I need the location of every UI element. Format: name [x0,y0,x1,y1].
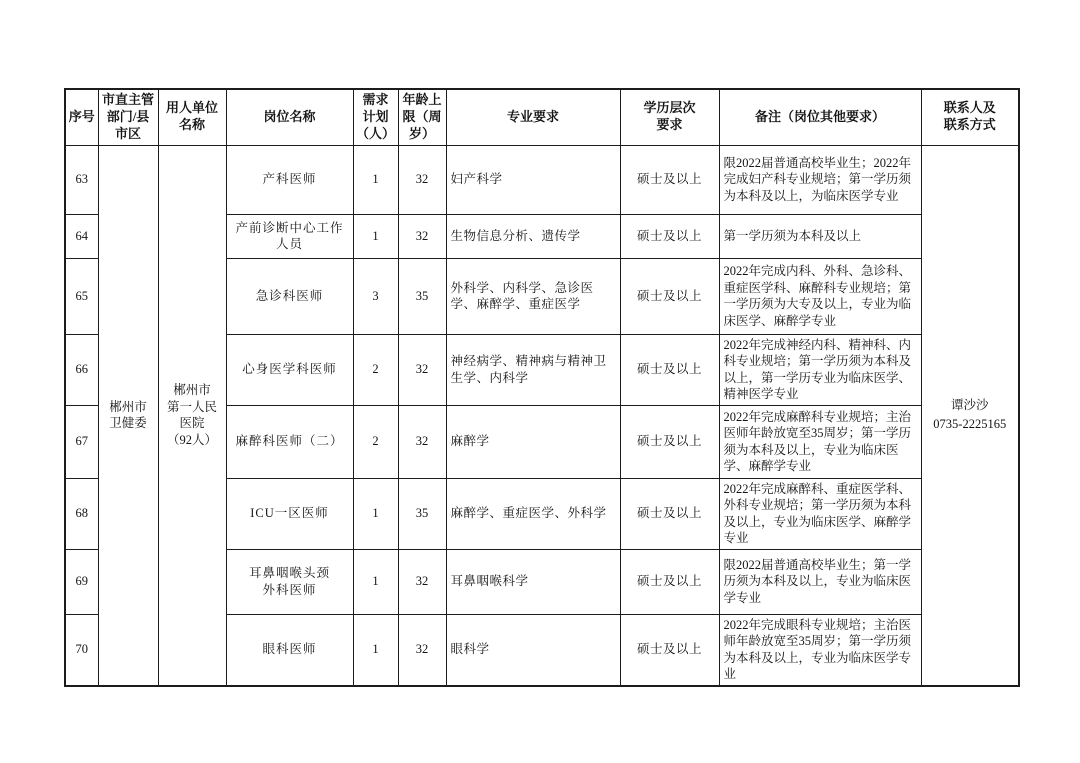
employer-cell: 郴州市 第一人民 医院 （92人） [158,145,226,686]
table-row: 63 郴州市 卫健委 郴州市 第一人民 医院 （92人） 产科医师 1 32 妇… [65,145,1019,214]
degree-cell: 硕士及以上 [620,614,719,686]
major-cell: 生物信息分析、遗传学 [446,214,620,258]
position-cell: 心身医学科医师 [226,334,353,405]
position-cell: 麻醉科医师（二） [226,405,353,478]
contact-cell: 谭沙沙 0735-2225165 [921,145,1019,686]
degree-cell: 硕士及以上 [620,334,719,405]
age-cell: 32 [398,145,446,214]
remark-cell: 限2022届普通高校毕业生；2022年完成妇产科专业规培；第一学历须为本科及以上… [719,145,921,214]
serial-cell: 65 [65,258,98,334]
position-cell: 耳鼻咽喉头颈 外科医师 [226,549,353,614]
serial-cell: 66 [65,334,98,405]
serial-cell: 69 [65,549,98,614]
degree-cell: 硕士及以上 [620,258,719,334]
serial-cell: 68 [65,478,98,549]
plan-cell: 2 [353,334,398,405]
plan-cell: 3 [353,258,398,334]
col-header-employer: 用人单位 名称 [158,89,226,145]
position-cell: 急诊科医师 [226,258,353,334]
remark-cell: 第一学历须为本科及以上 [719,214,921,258]
plan-cell: 1 [353,214,398,258]
remark-cell: 2022年完成麻醉科专业规培；主治医师年龄放宽至35周岁；第一学历须为本科及以上… [719,405,921,478]
position-cell: ICU一区医师 [226,478,353,549]
contact-phone: 0735-2225165 [926,415,1015,434]
position-cell: 产前诊断中心工作 人员 [226,214,353,258]
serial-cell: 70 [65,614,98,686]
department-cell: 郴州市 卫健委 [98,145,158,686]
major-cell: 妇产科学 [446,145,620,214]
major-cell: 眼科学 [446,614,620,686]
position-cell: 眼科医师 [226,614,353,686]
serial-cell: 64 [65,214,98,258]
col-header-position: 岗位名称 [226,89,353,145]
degree-cell: 硕士及以上 [620,549,719,614]
col-header-plan: 需求 计划 （人） [353,89,398,145]
header-row: 序号 市直主管 部门/县 市区 用人单位 名称 岗位名称 需求 计划 （人） 年… [65,89,1019,145]
degree-cell: 硕士及以上 [620,478,719,549]
degree-cell: 硕士及以上 [620,214,719,258]
plan-cell: 1 [353,549,398,614]
age-cell: 32 [398,614,446,686]
degree-cell: 硕士及以上 [620,405,719,478]
remark-cell: 2022年完成眼科专业规培；主治医师年龄放宽至35周岁；第一学历须为本科及以上，… [719,614,921,686]
serial-cell: 63 [65,145,98,214]
col-header-serial: 序号 [65,89,98,145]
major-cell: 神经病学、精神病与精神卫生学、内科学 [446,334,620,405]
col-header-contact: 联系人及 联系方式 [921,89,1019,145]
remark-cell: 限2022届普通高校毕业生；第一学历须为本科及以上，专业为临床医学专业 [719,549,921,614]
plan-cell: 2 [353,405,398,478]
recruitment-table: 序号 市直主管 部门/县 市区 用人单位 名称 岗位名称 需求 计划 （人） 年… [64,88,1020,687]
remark-cell: 2022年完成麻醉科、重症医学科、外科专业规培；第一学历须为本科及以上，专业为临… [719,478,921,549]
age-cell: 32 [398,549,446,614]
age-cell: 32 [398,214,446,258]
remark-cell: 2022年完成内科、外科、急诊科、重症医学科、麻醉科专业规培；第一学历须为大专及… [719,258,921,334]
serial-cell: 67 [65,405,98,478]
major-cell: 麻醉学、重症医学、外科学 [446,478,620,549]
col-header-remark: 备注（岗位其他要求） [719,89,921,145]
contact-name: 谭沙沙 [926,396,1015,415]
major-cell: 耳鼻咽喉科学 [446,549,620,614]
plan-cell: 1 [353,478,398,549]
position-cell: 产科医师 [226,145,353,214]
major-cell: 麻醉学 [446,405,620,478]
remark-cell: 2022年完成神经内科、精神科、内科专业规培；第一学历须为本科及以上，第一学历专… [719,334,921,405]
recruitment-table-sheet: 序号 市直主管 部门/县 市区 用人单位 名称 岗位名称 需求 计划 （人） 年… [64,88,1020,687]
age-cell: 35 [398,478,446,549]
plan-cell: 1 [353,614,398,686]
col-header-major: 专业要求 [446,89,620,145]
col-header-department: 市直主管 部门/县 市区 [98,89,158,145]
age-cell: 35 [398,258,446,334]
major-cell: 外科学、内科学、急诊医学、麻醉学、重症医学 [446,258,620,334]
col-header-degree: 学历层次 要求 [620,89,719,145]
degree-cell: 硕士及以上 [620,145,719,214]
plan-cell: 1 [353,145,398,214]
col-header-age-limit: 年龄上 限（周 岁） [398,89,446,145]
age-cell: 32 [398,334,446,405]
age-cell: 32 [398,405,446,478]
